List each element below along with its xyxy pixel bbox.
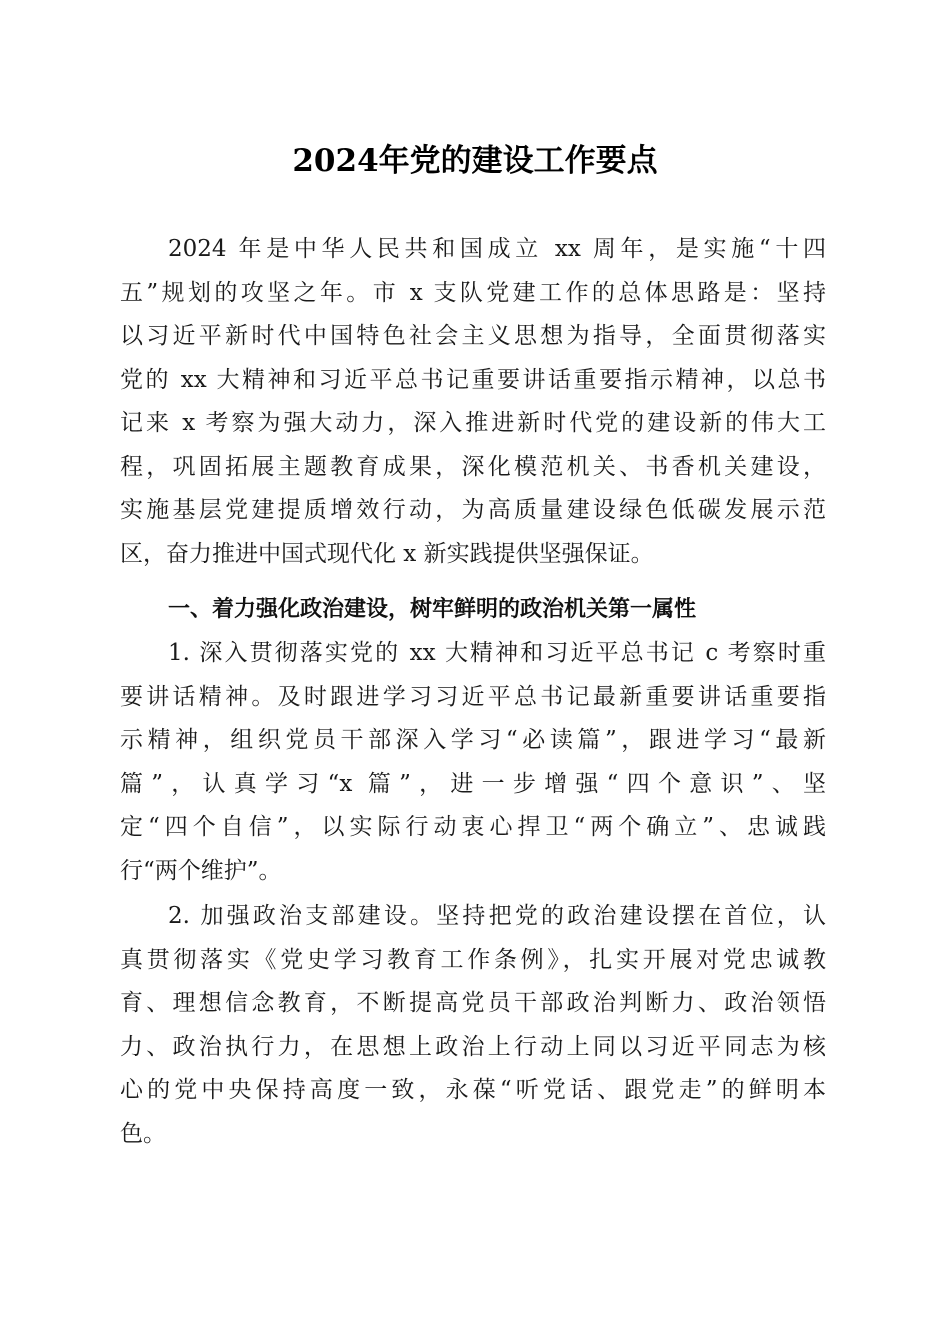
text-line: 育、理想信念教育，不断提高党员干部政治判断力、政治领悟 [120,982,826,1026]
document-title: 2024年党的建设工作要点 [0,138,950,184]
text-line: 实施基层党建提质增效行动，为高质量建设绿色低碳发展示范 [120,489,826,533]
text-line: 色。 [120,1113,826,1157]
text-line: 篇”，认真学习“x 篇”，进一步增强“四个意识”、坚 [120,763,826,807]
document-page: 2024年党的建设工作要点 2024 年是中华人民共和国成立 xx 周年，是实施… [0,0,950,1344]
intro-paragraph: 2024 年是中华人民共和国成立 xx 周年，是实施“十四 五”规划的攻坚之年。… [120,228,826,576]
text-line: 力、政治执行力，在思想上政治上行动上同以习近平同志为核 [120,1026,826,1070]
text-line: 2024 年是中华人民共和国成立 xx 周年，是实施“十四 [120,228,826,272]
text-line: 1. 深入贯彻落实党的 xx 大精神和习近平总书记 c 考察时重 [120,632,826,676]
text-line: 真贯彻落实《党史学习教育工作条例》，扎实开展对党忠诚教 [120,939,826,983]
section-heading-1: 一、着力强化政治建设，树牢鲜明的政治机关第一属性 [120,588,826,632]
text-line: 要讲话精神。及时跟进学习习近平总书记最新重要讲话重要指 [120,676,826,720]
text-line: 党的 xx 大精神和习近平总书记重要讲话重要指示精神，以总书 [120,359,826,403]
text-line: 记来 x 考察为强大动力，深入推进新时代党的建设新的伟大工 [120,402,826,446]
text-line: 五”规划的攻坚之年。市 x 支队党建工作的总体思路是：坚持 [120,272,826,316]
text-line: 2. 加强政治支部建设。坚持把党的政治建设摆在首位，认 [120,895,826,939]
section-heading-text: 一、着力强化政治建设，树牢鲜明的政治机关第一属性 [120,588,826,632]
item-2-paragraph: 2. 加强政治支部建设。坚持把党的政治建设摆在首位，认 真贯彻落实《党史学习教育… [120,895,826,1156]
text-line: 定“四个自信”，以实际行动衷心捍卫“两个确立”、忠诚践 [120,806,826,850]
text-line: 示精神，组织党员干部深入学习“必读篇”，跟进学习“最新 [120,719,826,763]
item-1-paragraph: 1. 深入贯彻落实党的 xx 大精神和习近平总书记 c 考察时重 要讲话精神。及… [120,632,826,893]
text-line: 以习近平新时代中国特色社会主义思想为指导，全面贯彻落实 [120,315,826,359]
text-line: 行“两个维护”。 [120,850,826,894]
text-line: 区，奋力推进中国式现代化 x 新实践提供坚强保证。 [120,533,826,577]
text-line: 程，巩固拓展主题教育成果，深化模范机关、书香机关建设， [120,446,826,490]
text-line: 心的党中央保持高度一致，永葆“听党话、跟党走”的鲜明本 [120,1069,826,1113]
